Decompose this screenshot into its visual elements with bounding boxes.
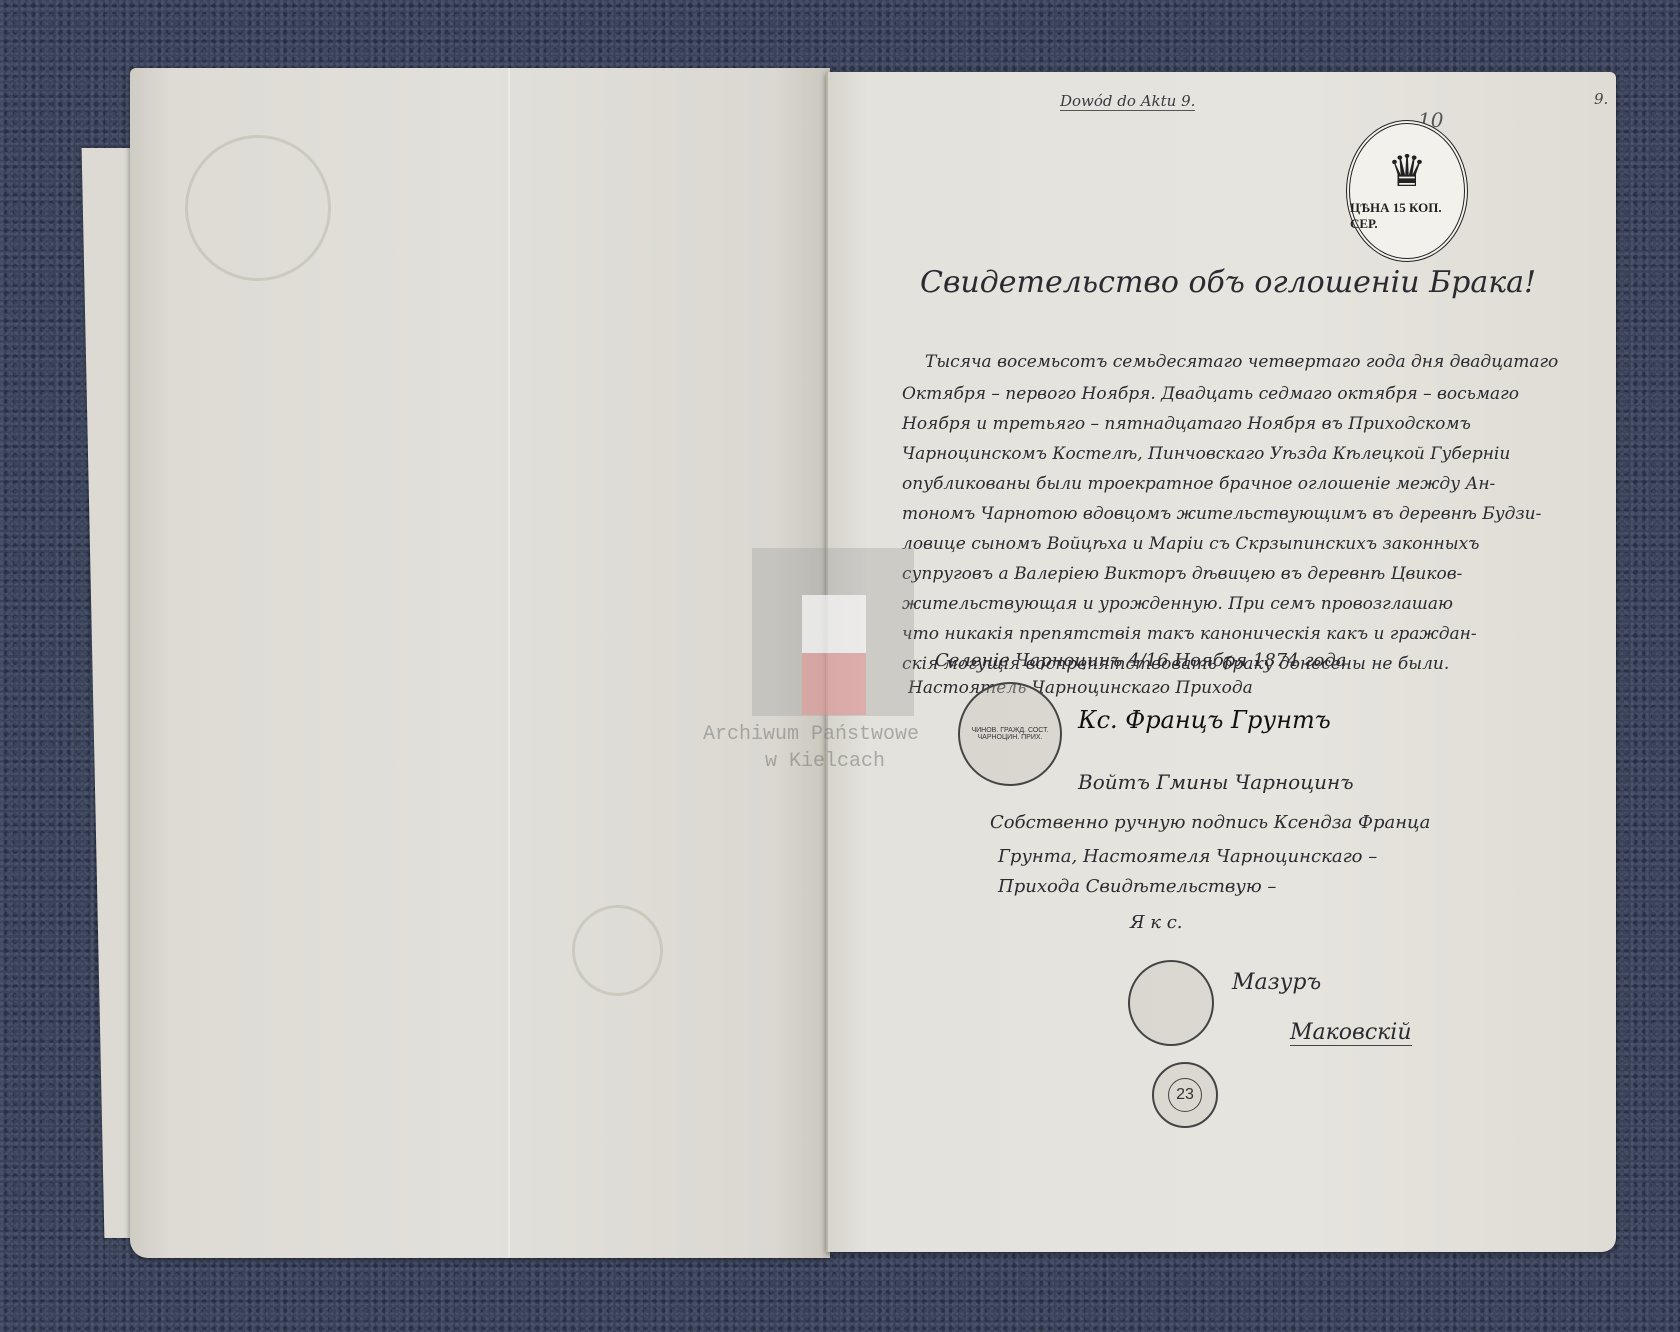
watermark-line-1: Archiwum Państwowe xyxy=(703,723,919,746)
mayor-signature-1: Мазуръ xyxy=(1232,970,1321,995)
faint-eagle-seal-show-through xyxy=(185,135,331,281)
faint-seal-show-through xyxy=(572,905,663,996)
watermark-white-block xyxy=(802,595,866,653)
priest-signature: Кс. Францъ Грунтъ xyxy=(1078,706,1331,734)
document-title: Свидетельство объ оглошеніи Брака! xyxy=(920,265,1536,300)
body-line: тономъ Чарнотою вдовцомъ жительствующимъ… xyxy=(902,504,1541,524)
attestation-line: Грунта, Настоятеля Чарноцинскаго – xyxy=(998,846,1377,867)
body-line: Ноября и третьяго – пятнадцатаго Ноября … xyxy=(902,414,1471,434)
body-line: Чарноцинскомъ Костелѣ, Пинчовскаго Уѣзда… xyxy=(902,444,1510,464)
attestation-line: Собственно ручную подпись Ксендза Франца xyxy=(990,812,1430,833)
archive-seal: 23 xyxy=(1152,1062,1218,1128)
body-line: ловице сыномъ Войцѣха и Маріи съ Скрзыпи… xyxy=(902,534,1480,554)
stamp-price: ЦѢНА 15 КОП. СЕР. xyxy=(1350,200,1464,232)
body-line: супруговъ а Валеріею Викторъ дѣвицею въ … xyxy=(902,564,1462,584)
body-line: Октября – первого Ноября. Двадцать седма… xyxy=(902,384,1519,404)
body-line: Тысяча восемьсотъ семьдесятаго четвертаг… xyxy=(925,352,1558,372)
office-line: Настоятель Чарноцинскаго Прихода xyxy=(908,678,1253,698)
gmina-seal xyxy=(1128,960,1214,1046)
mayor-line: Войтъ Гмины Чарноцинъ xyxy=(1078,770,1354,794)
mayor-signature-2: Маковскій xyxy=(1290,1020,1412,1046)
attestation-line: Прихода Свидѣтельствую – xyxy=(998,876,1276,897)
parish-seal: ЧИНОВ. ГРАЖД. СОСТ. ЧАРНОЦИН. ПРИХ. xyxy=(958,682,1062,786)
watermark-red-block xyxy=(802,653,866,715)
body-line: что никакія препятствія такъ каноническі… xyxy=(902,624,1477,644)
place-date: Селеніе Чарноцинъ 4/16 Ноября 1874 года xyxy=(935,650,1346,671)
double-headed-eagle-icon: ♛ xyxy=(1387,150,1426,194)
abbreviation: Я к с. xyxy=(1130,912,1183,933)
archive-seal-number: 23 xyxy=(1168,1078,1202,1112)
page-number: 9. xyxy=(1594,90,1608,108)
parish-seal-text: ЧИНОВ. ГРАЖД. СОСТ. ЧАРНОЦИН. ПРИХ. xyxy=(960,721,1060,747)
body-line: жительствующая и урожденную. При семъ пр… xyxy=(902,594,1453,614)
reference-note: Dowód do Aktu 9. xyxy=(1060,92,1195,111)
revenue-stamp: ♛ ЦѢНА 15 КОП. СЕР. xyxy=(1346,120,1468,262)
body-line: опубликованы были троекратное брачное ог… xyxy=(902,474,1495,494)
watermark-line-2: w Kielcach xyxy=(765,750,885,773)
